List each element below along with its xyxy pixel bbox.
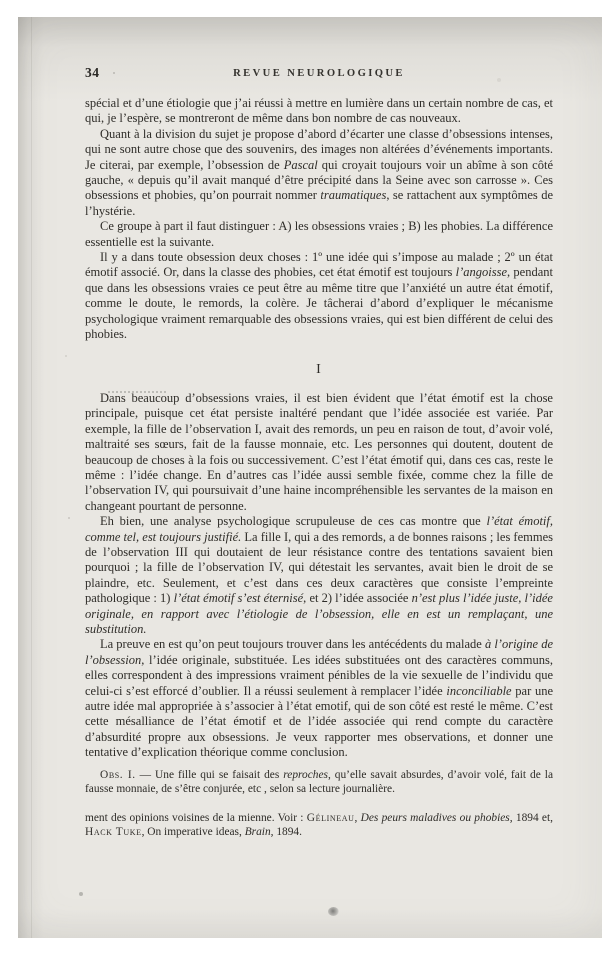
- page-fold-line: [31, 17, 32, 938]
- paragraph: spécial et d’une étiologie que j’ai réus…: [85, 96, 553, 127]
- scan-smudge: [328, 907, 339, 916]
- page-header: 34 REVUE NEUROLOGIQUE: [85, 66, 553, 83]
- scanned-page: 34 REVUE NEUROLOGIQUE spécial et d’une é…: [18, 17, 602, 938]
- paragraph: Eh bien, une analyse psychologique scrup…: [85, 514, 553, 637]
- text-column: 34 REVUE NEUROLOGIQUE spécial et d’une é…: [85, 66, 553, 840]
- scan-speck-artifacts: [18, 17, 20, 19]
- scan-viewport: 34 REVUE NEUROLOGIQUE spécial et d’une é…: [0, 0, 602, 960]
- footnote-paragraph: ment des opinions voisines de la mienne.…: [85, 812, 553, 840]
- page-number: 34: [85, 65, 100, 80]
- journal-title: REVUE NEUROLOGIQUE: [85, 66, 553, 81]
- paragraph: Quant à la division du sujet je propose …: [85, 127, 553, 219]
- observation-paragraph: Obs. I. — Une fille qui se faisait des r…: [85, 769, 553, 797]
- paragraph: Ce groupe à part il faut distinguer : A)…: [85, 219, 553, 250]
- paragraph: Dans beaucoup d’obsessions vraies, il es…: [85, 391, 553, 514]
- paragraph: Il y a dans toute obsession deux choses …: [85, 250, 553, 342]
- section-heading: I: [85, 362, 553, 377]
- paragraph: La preuve en est qu’on peut toujours tro…: [85, 637, 553, 760]
